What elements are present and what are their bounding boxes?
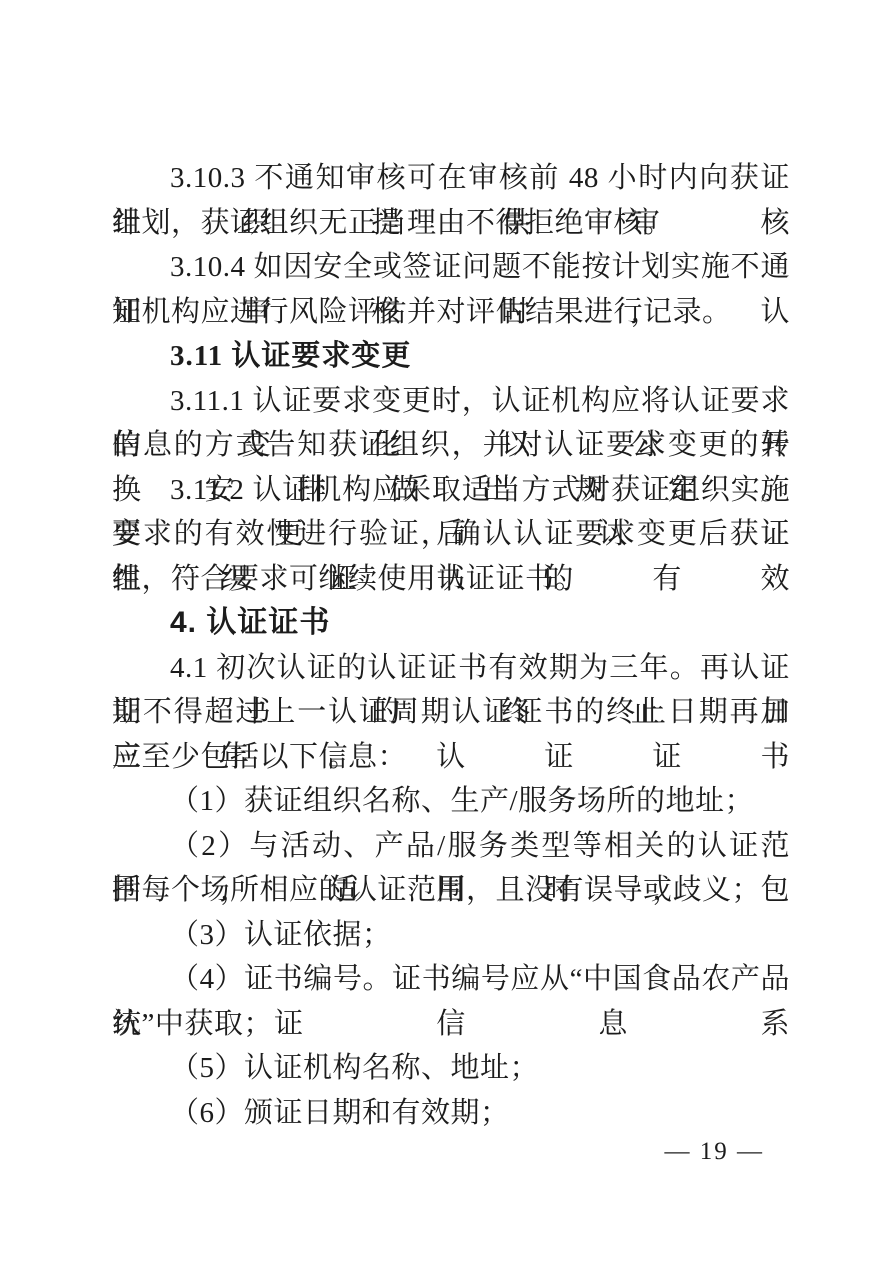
text-line: 期不得超过上一认证周期认证证书的终止日期再加三年。认证证书	[112, 690, 790, 735]
text-line: 要求的有效性进行验证，确认认证要求变更后获证组织证书的有效	[112, 512, 790, 557]
text-line: 4.1 初次认证的认证证书有效期为三年。再认证证书的终止日	[112, 646, 790, 691]
heading-line: 4. 认证证书	[112, 601, 790, 646]
text-line: 3.10.3 不通知审核可在审核前 48 小时内向获证组织提供审核	[112, 156, 790, 201]
text-line: （5）认证机构名称、地址；	[112, 1046, 790, 1091]
text-line: （4）证书编号。证书编号应从“中国食品农产品认证信息系	[112, 957, 790, 1002]
text-line: 3.11.1 认证要求变更时，认证机构应将认证要求的变化以公开	[112, 379, 790, 424]
text-line: 括每个场所相应的认证范围，且没有误导或歧义；	[112, 868, 790, 913]
document-body: 3.10.3 不通知审核可在审核前 48 小时内向获证组织提供审核计划，获证组织…	[112, 156, 790, 1135]
text-line: 信息的方式告知获证组织，并对认证要求变更的转换安排做出规定。	[112, 423, 790, 468]
text-line: （6）颁证日期和有效期；	[112, 1091, 790, 1136]
page-number: — 19 —	[665, 1138, 765, 1166]
text-line: 证机构应进行风险评估并对评估结果进行记录。	[112, 290, 790, 335]
document-page: 3.10.3 不通知审核可在审核前 48 小时内向获证组织提供审核计划，获证组织…	[0, 0, 892, 1262]
text-line: （3）认证依据；	[112, 913, 790, 958]
text-line: 3.11.2 认证机构应采取适当方式对获证组织实施变更后认证	[112, 468, 790, 513]
text-line: （1）获证组织名称、生产/服务场所的地址；	[112, 779, 790, 824]
text-line: 3.10.4 如因安全或签证问题不能按计划实施不通知审核时，认	[112, 245, 790, 290]
heading-line: 3.11 认证要求变更	[112, 334, 790, 379]
text-line: （2）与活动、产品/服务类型等相关的认证范围，适用时，包	[112, 824, 790, 869]
